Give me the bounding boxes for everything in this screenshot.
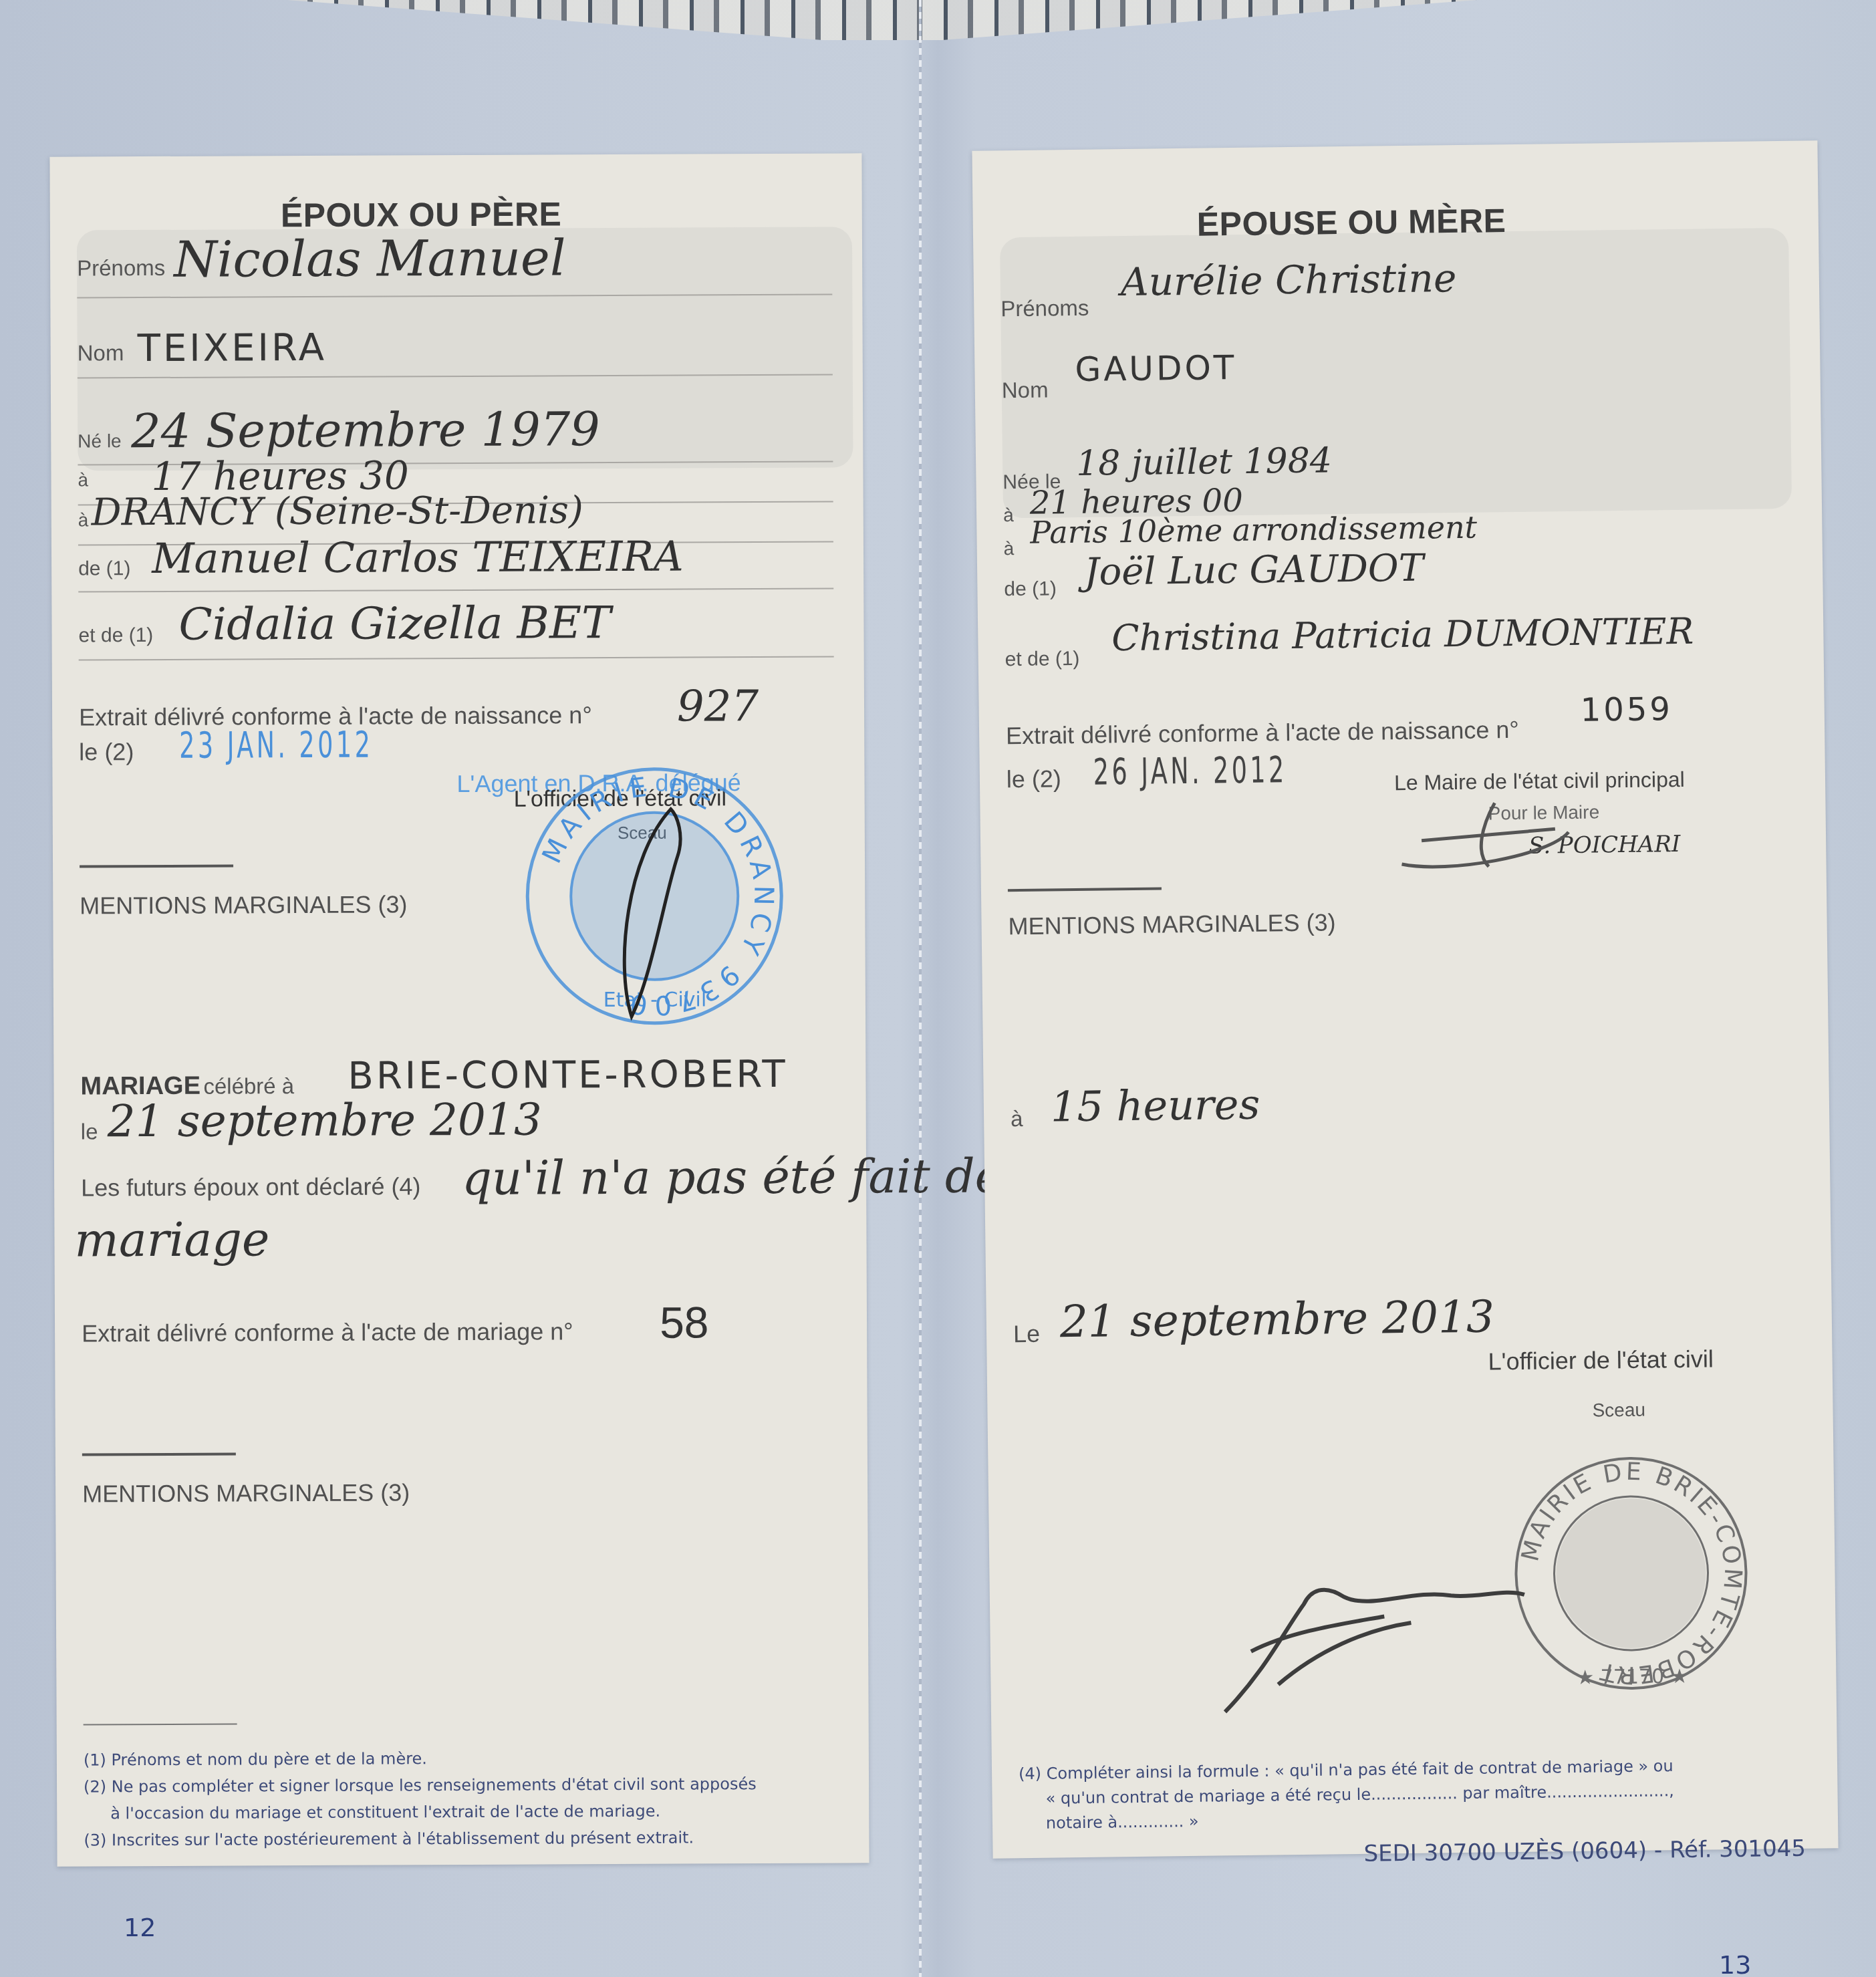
nom-value: GAUDOT bbox=[1075, 348, 1237, 389]
mother-label: et de (1) bbox=[78, 624, 153, 647]
issue-date-stamp: 26 JAN. 2012 bbox=[1093, 749, 1287, 793]
declaration-line2: mariage bbox=[74, 1212, 269, 1267]
field-line bbox=[78, 588, 833, 593]
mentions-label: MENTIONS MARGINALES (3) bbox=[80, 890, 407, 920]
footnote-2-cont: à l'occasion du mariage et constituent l… bbox=[110, 1802, 660, 1823]
nom-label: Nom bbox=[78, 340, 124, 366]
footnote-3: (3) Inscrites sur l'acte postérieurement… bbox=[84, 1828, 694, 1849]
page-number-left: 12 bbox=[124, 1913, 156, 1942]
left-page-extract: ÉPOUX OU PÈRE Prénoms Nicolas Manuel Nom… bbox=[49, 153, 869, 1866]
footnote-4: (4) Compléter ainsi la formule : « qu'il… bbox=[1019, 1756, 1673, 1783]
marriage-place-value: BRIE-CONTE-ROBERT bbox=[348, 1053, 787, 1098]
acte-number-value: 1059 bbox=[1580, 690, 1673, 729]
svg-text:Etat - Civil: Etat - Civil bbox=[604, 988, 707, 1012]
nom-value: TEIXEIRA bbox=[138, 326, 327, 370]
footnote-4-cont: « qu'un contrat de mariage a été reçu le… bbox=[1045, 1781, 1674, 1807]
page-heading: ÉPOUX OU PÈRE bbox=[281, 194, 562, 235]
divider bbox=[1008, 887, 1162, 892]
footnote-1: (1) Prénoms et nom du père et de la mère… bbox=[84, 1749, 427, 1769]
officer-stamp-title: Le Maire de l'état civil principal bbox=[1394, 767, 1685, 795]
father-value: Manuel Carlos TEIXEIRA bbox=[152, 532, 684, 583]
extrait-label: Extrait délivré conforme à l'acte de nai… bbox=[1006, 716, 1519, 750]
father-label: de (1) bbox=[78, 557, 131, 580]
page-number-right: 13 bbox=[1719, 1950, 1751, 1977]
prenoms-label: Prénoms bbox=[77, 255, 165, 281]
birth-date-value: 18 juillet 1984 bbox=[1076, 440, 1332, 484]
printer-reference: SEDI 30700 UZÈS (0604) - Réf. 301045 bbox=[1363, 1835, 1806, 1867]
officier-label: L'officier de l'état civil bbox=[1488, 1345, 1714, 1375]
mentions-label-2: MENTIONS MARGINALES (3) bbox=[82, 1478, 410, 1508]
mother-value: Cidalia Gizella BET bbox=[178, 597, 611, 650]
ne-le-label: Né le bbox=[78, 430, 122, 452]
nom-label: Nom bbox=[1002, 377, 1049, 403]
brie-comte-robert-seal: MAIRIE DE BRIE-COMTE-ROBERT ★ 77170 ★ bbox=[1509, 1452, 1752, 1695]
birth-place-value: Paris 10ème arrondissement bbox=[1030, 509, 1477, 551]
mentions-label: MENTIONS MARGINALES (3) bbox=[1008, 908, 1336, 940]
right-page-extract: ÉPOUSE OU MÈRE Prénoms Aurélie Christine… bbox=[972, 140, 1838, 1858]
svg-text:★ 77170 ★: ★ 77170 ★ bbox=[1576, 1665, 1689, 1690]
field-line bbox=[79, 656, 834, 661]
officer-signature bbox=[1394, 799, 1595, 875]
prenoms-value: Nicolas Manuel bbox=[174, 229, 566, 289]
father-label: de (1) bbox=[1004, 577, 1057, 601]
a-time-label: à bbox=[1003, 505, 1014, 526]
sceau-label: Sceau bbox=[1592, 1400, 1645, 1422]
booklet-gutter bbox=[919, 0, 922, 1977]
prenoms-value: Aurélie Christine bbox=[1120, 255, 1456, 305]
a-time-label: à bbox=[78, 469, 88, 491]
marriage-time-value: 15 heures bbox=[1050, 1080, 1260, 1132]
marriage-date-value: 21 septembre 2013 bbox=[108, 1093, 542, 1147]
father-value: Joël Luc GAUDOT bbox=[1084, 547, 1424, 594]
page-heading: ÉPOUSE OU MÈRE bbox=[1196, 201, 1506, 244]
acte-number-value: 927 bbox=[677, 682, 759, 732]
marriage-time-prefix: à bbox=[1011, 1106, 1023, 1132]
marriage-le-label: le bbox=[81, 1119, 98, 1144]
footnote-divider bbox=[84, 1723, 237, 1725]
footnote-2: (2) Ne pas compléter et signer lorsque l… bbox=[84, 1774, 757, 1796]
drancy-seal: MAIRIE DE DRANCY 93700 Etat - Civil bbox=[520, 762, 789, 1031]
marriage-acte-number: 58 bbox=[660, 1297, 709, 1347]
mother-value: Christina Patricia DUMONTIER bbox=[1111, 610, 1694, 660]
marriage-le-label: Le bbox=[1013, 1320, 1041, 1348]
a-place-label: à bbox=[78, 509, 89, 531]
divider bbox=[82, 1452, 236, 1456]
background-photo-edge bbox=[287, 0, 1477, 40]
a-place-label: à bbox=[1004, 538, 1015, 559]
birth-date-value: 24 Septembre 1979 bbox=[131, 402, 600, 458]
footnote-4-cont2: notaire à............. » bbox=[1046, 1812, 1199, 1833]
birth-place-value: DRANCY (Seine-St-Denis) bbox=[92, 489, 583, 534]
le-label: le (2) bbox=[79, 738, 134, 766]
mother-label: et de (1) bbox=[1005, 648, 1080, 671]
declare-label: Les futurs époux ont déclaré (4) bbox=[81, 1172, 420, 1202]
marriage-extrait-label: Extrait délivré conforme à l'acte de mar… bbox=[82, 1317, 573, 1347]
officer-signature-2 bbox=[1210, 1548, 1532, 1726]
marriage-date-value: 21 septembre 2013 bbox=[1059, 1291, 1494, 1347]
divider bbox=[80, 864, 233, 868]
le-label: le (2) bbox=[1007, 765, 1062, 793]
issue-date-stamp: 23 JAN. 2012 bbox=[179, 724, 373, 767]
prenoms-label: Prénoms bbox=[1000, 295, 1089, 322]
